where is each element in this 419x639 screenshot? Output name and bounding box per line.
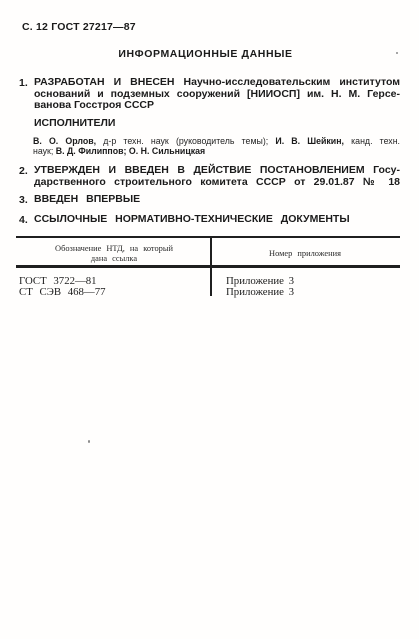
item-4-line-1: ССЫЛОЧНЫЕ НОРМАТИВНО-ТЕХНИЧЕСКИЕ ДОКУМЕН… (34, 214, 400, 226)
item-1-number: 1. (19, 77, 28, 89)
table-top-border (16, 236, 400, 238)
executor-name-1: В. О. Орлов, (33, 136, 96, 146)
item-3-number: 3. (19, 194, 28, 206)
scanned-document-page: С. 12 ГОСТ 27217—87 ИНФОРМАЦИОННЫЕ ДАННЫ… (0, 0, 419, 639)
table-row-2-appendix-cell: Приложение 3 (226, 287, 294, 299)
scan-speck (396, 52, 398, 54)
col-header-ntd-line-1: Обозначение НТД, на который (20, 244, 208, 254)
executor-name-2: И. В. Шейкин, (275, 136, 344, 146)
col-header-ntd-line-2: дана ссылка (20, 254, 208, 264)
col-header-ntd: Обозначение НТД, на который дана ссылка (20, 244, 208, 264)
page-header: С. 12 ГОСТ 27217—87 (22, 21, 136, 33)
executor-role-2a: канд. техн. (351, 136, 400, 146)
executors-line-2: наук; В. Д. Филиппов; О. Н. Сильницкая (33, 146, 400, 156)
item-2-line-1: УТВЕРЖДЕН И ВВЕДЕН В ДЕЙСТВИЕ ПОСТАНОВЛЕ… (34, 165, 400, 177)
document-title: ИНФОРМАЦИОННЫЕ ДАННЫЕ (18, 48, 393, 60)
table-row-2-ntd-cell: СТ СЭВ 468—77 (19, 287, 106, 299)
item-1-line-1: РАЗРАБОТАН И ВНЕСЕН Научно-исследователь… (34, 77, 400, 89)
executor-names-3-4: В. Д. Филиппов; О. Н. Сильницкая (56, 146, 205, 156)
item-1-line-3: ванова Госстроя СССР (34, 100, 400, 112)
table-header-separator (16, 265, 400, 268)
scan-speck (88, 440, 90, 443)
executor-role-2b: наук; (33, 146, 53, 156)
executor-role-1: д-р техн. наук (руководитель темы); (103, 136, 268, 146)
item-2-number: 2. (19, 165, 28, 177)
item-2-line-2: дарственного строительного комитета СССР… (34, 177, 400, 189)
col-header-appendix: Номер приложения (214, 249, 396, 259)
executors-line-1: В. О. Орлов, д-р техн. наук (руководител… (33, 136, 400, 146)
executors-heading: ИСПОЛНИТЕЛИ (34, 118, 115, 130)
item-4-number: 4. (19, 214, 28, 226)
item-3-line-1: ВВЕДЕН ВПЕРВЫЕ (34, 194, 400, 206)
